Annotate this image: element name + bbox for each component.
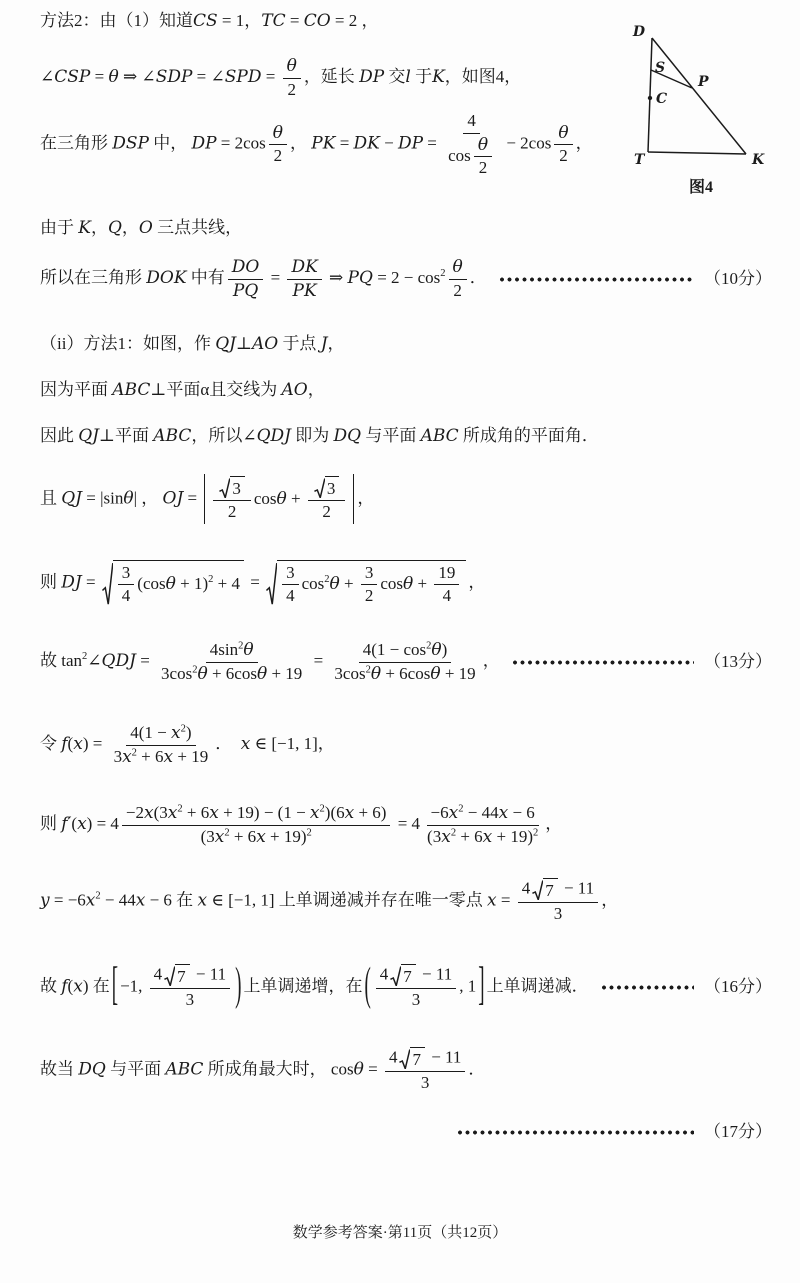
math-variable: AO — [252, 334, 278, 354]
math-text: ， — [328, 334, 345, 353]
math-variable: DOK — [146, 268, 186, 288]
radical-sign-icon — [399, 1047, 410, 1070]
math-text: ， — [91, 218, 108, 237]
absolute-value-bars: 32cosθ + 32 — [204, 474, 354, 525]
math-text: 7 — [412, 1050, 421, 1069]
math-text: 令 — [40, 734, 61, 753]
math-variable: x — [483, 827, 493, 847]
math-text: −1, — [120, 976, 147, 995]
math-text: + 19 — [173, 747, 208, 766]
math-variable: OJ — [163, 488, 184, 508]
max-angle-line: 故当 DQ 与平面 ABC 所成角最大时， cosθ = 47 − 113． — [40, 1040, 772, 1100]
math-variable: θ — [403, 573, 413, 593]
math-variable: θ — [123, 488, 133, 508]
math-text: = 4 — [393, 814, 420, 833]
math-text: 因为平面 — [40, 380, 112, 399]
fraction-denominator: 4 — [282, 585, 299, 606]
math-variable: DQ — [334, 426, 362, 446]
math-text: + 19 — [441, 664, 476, 683]
math-text: 3 — [114, 747, 123, 766]
math-variable: DP — [359, 67, 384, 87]
fraction-denominator: PK — [289, 280, 321, 301]
fraction-numerator: 3 — [213, 476, 251, 501]
sqrt-radical: 34(cosθ + 1)2 + 4 — [102, 560, 244, 607]
formula-segment: 且 QJ = |sinθ| ， OJ = 32cosθ + 32， — [40, 474, 374, 525]
math-text: ) = 4 — [87, 814, 119, 833]
math-variable: QJ — [78, 426, 99, 446]
math-text: ， — [357, 488, 374, 507]
math-text: ) 在 — [83, 976, 110, 995]
math-variable: x — [209, 803, 219, 823]
math-text: = — [266, 268, 284, 287]
math-text: 所成角的平面角． — [459, 426, 599, 445]
math-text: 2 — [559, 146, 568, 165]
label-K: K — [751, 152, 765, 168]
zero-point-line: y = −6x2 − 44x − 6 在 x ∈ [−1, 1] 上单调递减并存… — [40, 870, 772, 932]
math-text: | ， — [134, 488, 163, 507]
math-text: 7 — [545, 881, 554, 900]
math-variable: DK — [354, 134, 380, 154]
math-variable: J — [321, 334, 328, 354]
math-text: + 6 — [456, 827, 483, 846]
math-variable: QDJ — [257, 426, 291, 446]
math-text: ，延长 — [304, 67, 359, 86]
fraction: −2x(3x2 + 6x + 19) − (1 − x2)(6x + 6)(3x… — [122, 803, 391, 847]
radical-sign-icon — [164, 964, 175, 987]
fraction: θ2 — [283, 56, 301, 100]
sqrt-radical: 7 — [399, 1047, 425, 1070]
math-variable: CO — [304, 11, 331, 31]
fraction-numerator: 3 — [282, 563, 299, 585]
math-text: 中， — [149, 134, 192, 153]
radical-sign-icon — [219, 476, 230, 499]
label-P: P — [697, 74, 709, 90]
edge-TK — [648, 152, 746, 154]
fraction-numerator: DK — [287, 257, 321, 279]
radicand: 34cos2θ + 32cosθ + 194 — [277, 560, 466, 607]
edge-DT — [648, 38, 652, 152]
math-text: 3 — [122, 563, 131, 582]
math-variable: ABC — [421, 426, 459, 446]
math-text: ⊥ — [236, 334, 252, 353]
fraction-denominator: 2 — [283, 79, 300, 100]
dotted-leader — [512, 659, 694, 666]
math-text: + 4 — [213, 573, 240, 592]
label-T: T — [634, 152, 646, 168]
fraction-denominator: 2 — [270, 145, 287, 166]
math-text: 3 — [421, 1073, 430, 1092]
math-text: 3 — [327, 479, 336, 498]
method1-line: （ii）方法1：如图，作 QJ⊥AO 于点 J， — [40, 330, 772, 358]
tan-qdj-line: 故 tan2∠QDJ = 4sin2θ3cos2θ + 6cosθ + 19 =… — [40, 628, 772, 696]
fraction-denominator: 3cos2θ + 6cosθ + 19 — [330, 663, 479, 684]
sqrt-radical: 3 — [314, 476, 340, 499]
fraction-numerator: 4(1 − cos2θ) — [359, 640, 452, 662]
fraction: θ2 — [449, 257, 467, 301]
math-text: = ∠ — [192, 67, 224, 86]
big-bracket: ] — [478, 957, 484, 1017]
fraction: DKPK — [287, 257, 321, 301]
math-variable: θ — [197, 664, 207, 684]
math-variable: x — [499, 803, 509, 823]
math-text: 4sin — [210, 640, 238, 659]
math-text: − 11 — [192, 964, 226, 983]
radicand: 3 — [230, 476, 245, 499]
math-text: + 6) — [354, 803, 386, 822]
math-text: 故 — [40, 976, 61, 995]
math-text: 上单调递减． — [487, 976, 589, 995]
math-text: ⇒ ∠ — [119, 67, 156, 86]
math-text: + — [413, 573, 431, 592]
math-text: 3 — [365, 563, 374, 582]
radical-sign-icon — [266, 560, 277, 607]
fraction: θ2 — [554, 123, 572, 167]
math-text: = — [82, 572, 100, 591]
math-text: 所以在三角形 — [40, 268, 146, 287]
formula-segment: ∠CSP = θ ⇒ ∠SDP = ∠SPD = θ2，延长 DP 交l 于K，… — [40, 56, 521, 100]
math-text: 2 — [479, 158, 488, 177]
fraction-denominator: 4 — [439, 585, 456, 606]
math-text: 3 — [232, 479, 241, 498]
math-text: ⇒ — [325, 268, 348, 287]
math-text: = — [497, 890, 515, 909]
score-17-line: （17分） — [445, 1116, 772, 1148]
math-variable: x — [171, 723, 181, 743]
math-text: 则 — [40, 572, 61, 591]
math-text: cos — [254, 488, 277, 510]
fraction: 4(1 − cos2θ)3cos2θ + 6cosθ + 19 — [330, 640, 479, 684]
math-text: ∠ — [40, 67, 54, 86]
math-text: 3 — [186, 990, 195, 1009]
fraction: θ2 — [474, 135, 492, 179]
math-text: 3 — [286, 563, 295, 582]
math-variable: DO — [232, 257, 260, 277]
fraction-denominator: 2 — [555, 145, 572, 166]
math-text: ⊥平面 — [99, 426, 153, 445]
fraction-denominator: cosθ2 — [444, 134, 499, 179]
fraction-denominator: 4 — [118, 585, 135, 606]
math-variable: x — [73, 976, 83, 996]
f-derivative-line: 则 f′(x) = 4−2x(3x2 + 6x + 19) − (1 − x2)… — [40, 790, 772, 860]
math-text: ， — [483, 651, 500, 670]
math-text: − 2cos — [502, 134, 551, 153]
math-variable: x — [122, 747, 132, 767]
sqrt-radical: 3 — [219, 476, 245, 499]
math-variable: θ — [330, 573, 340, 593]
math-text: = — [261, 67, 279, 86]
math-variable: θ — [108, 67, 118, 87]
dotted-leader — [601, 984, 694, 991]
math-variable: θ — [371, 664, 381, 684]
math-text: − 6 — [508, 803, 535, 822]
math-variable: CS — [193, 11, 218, 31]
math-text: ， — [122, 218, 139, 237]
math-text: = −6 — [50, 890, 86, 909]
math-text: , 1 — [459, 976, 476, 995]
formula-segment: y = −6x2 − 44x − 6 在 x ∈ [−1, 1] 上单调递减并存… — [40, 878, 618, 925]
math-text: 中有 — [187, 268, 225, 287]
math-text: 4 — [380, 964, 389, 983]
fraction: θ2 — [269, 123, 287, 167]
math-text: ． — [215, 734, 241, 753]
math-text: 4 — [154, 964, 163, 983]
dotted-leader — [457, 1129, 694, 1136]
collinear-line: 由于 K，Q，O 三点共线， — [40, 214, 772, 242]
label-D: D — [632, 24, 646, 40]
fraction-denominator: 3 — [182, 989, 199, 1010]
math-variable: QJ — [61, 488, 82, 508]
fraction-numerator: 47 − 11 — [385, 1047, 465, 1072]
fraction-numerator: 3 — [118, 563, 135, 585]
math-text: ， — [468, 572, 485, 591]
math-variable: SDP — [156, 67, 193, 87]
answer-sheet-page: 方法2：由（1）知道CS = 1，TC = CO = 2 ， ∠CSP = θ … — [0, 0, 800, 1283]
fraction-denominator: PQ — [229, 280, 262, 301]
math-variable: x — [136, 890, 146, 910]
formula-segment: 则 f′(x) = 4−2x(3x2 + 6x + 19) − (1 − x2)… — [40, 803, 562, 847]
math-text: − 44 — [101, 890, 136, 909]
math-text: −6 — [431, 803, 449, 822]
sqrt-radical: 7 — [532, 878, 558, 901]
math-text: 7 — [177, 967, 186, 986]
math-text: (3 — [154, 803, 168, 822]
math-text: 4 — [522, 878, 531, 897]
radical-sign-icon — [314, 476, 325, 499]
math-text: 2 — [453, 281, 462, 300]
exponent: 2 — [307, 827, 312, 838]
fraction: 4(1 − x2)3x2 + 6x + 19 — [110, 723, 213, 767]
math-variable: K — [432, 67, 445, 87]
math-text: 3 — [412, 990, 421, 1009]
math-text: 在三角形 — [40, 134, 112, 153]
math-text: ，所以∠ — [191, 426, 256, 445]
math-variable: x — [197, 890, 207, 910]
math-text: ，如图4， — [445, 67, 522, 86]
math-text: = — [136, 651, 154, 670]
fraction-numerator: 47 − 11 — [518, 878, 598, 903]
math-variable: DJ — [61, 572, 81, 592]
math-text: cos — [448, 146, 471, 165]
math-text: ∠ — [87, 651, 101, 670]
math-variable: θ — [257, 664, 267, 684]
f-definition-line: 令 f(x) = 4(1 − x2)3x2 + 6x + 19． x ∈ [−1… — [40, 714, 772, 776]
fraction-numerator: θ — [283, 56, 301, 78]
fraction: 47 − 113 — [385, 1047, 465, 1094]
math-variable: SPD — [225, 67, 262, 87]
fraction-numerator: 47 − 11 — [376, 964, 456, 989]
math-text: ∈ [−1, 1] 上单调递减并存在唯一零点 — [207, 890, 487, 909]
fraction-denominator: 3 — [417, 1072, 434, 1093]
math-text: 4 — [122, 586, 131, 605]
math-text: 由于 — [40, 218, 78, 237]
fraction-numerator: 19 — [434, 563, 459, 585]
math-text: − 44 — [464, 803, 499, 822]
math-text: 交 — [384, 67, 405, 86]
radicand: 7 — [401, 964, 416, 987]
math-text: cos — [380, 573, 403, 592]
math-text: + 19) — [492, 827, 533, 846]
math-text: cos — [302, 573, 325, 592]
math-variable: DSP — [112, 134, 149, 154]
big-bracket: ) — [235, 957, 241, 1017]
math-text: 且 — [40, 488, 61, 507]
math-text: = — [286, 11, 304, 30]
plane-perp-line: 因为平面 ABC⊥平面α且交线为 AO， — [40, 376, 772, 404]
math-text: 于点 — [278, 334, 321, 353]
math-text: + — [287, 488, 305, 510]
math-text: ) — [442, 640, 448, 659]
math-variable: x — [441, 827, 451, 847]
math-text: + 6cos — [208, 664, 257, 683]
math-text: = — [335, 134, 353, 153]
math-text: 因此 — [40, 426, 78, 445]
fraction-numerator: 4 — [463, 111, 480, 133]
radicand: 3 — [325, 476, 340, 499]
score-label: （13分） — [704, 651, 772, 673]
fraction-denominator: (3x2 + 6x + 19)2 — [197, 826, 316, 847]
math-text: = 1， — [218, 11, 262, 30]
math-variable: θ — [273, 123, 283, 143]
math-variable: x — [487, 890, 497, 910]
math-text: ) = — [83, 734, 107, 753]
label-C: C — [656, 91, 667, 107]
math-variable: CSP — [54, 67, 90, 87]
fraction: 32 — [308, 476, 346, 523]
score-label: （16分） — [704, 976, 772, 998]
math-text: 即为 — [291, 426, 334, 445]
exponent: 2 — [440, 268, 445, 279]
fraction: −6x2 − 44x − 6(3x2 + 6x + 19)2 — [423, 803, 542, 847]
math-text: 故 tan — [40, 651, 82, 670]
math-variable: PK — [311, 134, 335, 154]
math-variable: θ — [354, 1059, 364, 1079]
formula-segment: 故当 DQ 与平面 ABC 所成角最大时， cosθ = 47 − 113． — [40, 1047, 485, 1094]
math-variable: x — [86, 890, 96, 910]
math-variable: DP — [398, 134, 423, 154]
math-variable: θ — [277, 488, 287, 510]
fraction: 194 — [434, 563, 459, 607]
fraction: 4sin2θ3cos2θ + 6cosθ + 19 — [157, 640, 306, 684]
math-text: 4 — [443, 586, 452, 605]
math-text: 7 — [403, 967, 412, 986]
sqrt-radical: 7 — [390, 964, 416, 987]
fraction-denominator: 2 — [318, 501, 335, 522]
math-text: 2 — [228, 502, 237, 521]
radical-sign-icon — [102, 560, 113, 607]
math-text: 与平面 — [106, 1059, 166, 1078]
math-variable: Q — [108, 218, 122, 238]
formula-segment: 因为平面 ABC⊥平面α且交线为 AO， — [40, 379, 325, 401]
fraction-numerator: 3 — [361, 563, 378, 585]
fraction-denominator: 2 — [449, 280, 466, 301]
math-variable: PQ — [348, 268, 373, 288]
math-text: = — [309, 651, 327, 670]
math-variable: TC — [261, 11, 285, 31]
fraction: 34 — [282, 563, 299, 607]
math-text: − 11 — [560, 878, 594, 897]
angle-definition-line: 因此 QJ⊥平面 ABC，所以∠QDJ 即为 DQ 与平面 ABC 所成角的平面… — [40, 422, 772, 450]
point-C-dot — [648, 96, 652, 100]
fraction: 47 − 113 — [376, 964, 456, 1011]
math-text: 2 — [274, 146, 283, 165]
fraction-numerator: θ — [554, 123, 572, 145]
fraction: 32 — [213, 476, 251, 523]
math-text: 3 — [554, 904, 563, 923]
fraction-numerator: θ — [269, 123, 287, 145]
formula-segment: （ii）方法1：如图，作 QJ⊥AO 于点 J， — [40, 333, 345, 355]
math-text: = — [183, 488, 201, 507]
formula-segment: 方法2：由（1）知道CS = 1，TC = CO = 2 ， — [40, 10, 379, 32]
formula-segment: 令 f(x) = 4(1 − x2)3x2 + 6x + 19． x ∈ [−1… — [40, 723, 335, 767]
big-bracket: ( — [364, 957, 370, 1017]
math-variable: y — [40, 890, 50, 910]
math-variable: ABC — [153, 426, 191, 446]
formula-segment: 所以在三角形 DOK 中有DOPQ = DKPK ⇒ PQ = 2 − cos2… — [40, 257, 487, 301]
math-variable: x — [73, 734, 83, 754]
math-text: 与平面 — [361, 426, 421, 445]
math-text: ， — [601, 890, 618, 909]
math-variable: AO — [282, 380, 308, 400]
math-text: −2 — [126, 803, 144, 822]
score-label: （17分） — [704, 1121, 772, 1143]
radicand: 34(cosθ + 1)2 + 4 — [113, 560, 244, 607]
math-text: (3 — [427, 827, 441, 846]
math-variable: PK — [293, 281, 317, 301]
math-variable: x — [164, 747, 174, 767]
math-text: = 2cos — [217, 134, 266, 153]
fraction: 32 — [361, 563, 378, 607]
figure-4: D S C P T K 图4 — [628, 24, 774, 199]
math-text: ∈ [−1, 1]， — [250, 734, 335, 753]
fraction-numerator: θ — [474, 135, 492, 157]
page-footer: 数学参考答案·第11页（共12页） — [0, 1224, 800, 1244]
qj-oj-line: 且 QJ = |sinθ| ， OJ = 32cosθ + 32， — [40, 460, 772, 538]
math-variable: θ — [453, 257, 463, 277]
formula-segment: 故 f(x) 在[−1, 47 − 113)上单调递增，在(47 − 113, … — [40, 964, 589, 1011]
math-text: − — [380, 134, 398, 153]
fraction-numerator: 47 − 11 — [150, 964, 230, 989]
math-text: )(6 — [325, 803, 345, 822]
math-text: ⊥平面α且交线为 — [150, 380, 281, 399]
fraction-denominator: 3cos2θ + 6cosθ + 19 — [157, 663, 306, 684]
big-bracket: [ — [112, 957, 118, 1017]
math-text: = 2 − cos — [373, 268, 440, 287]
math-text: (cos — [137, 573, 165, 592]
math-text: = — [90, 67, 108, 86]
formula-segment: 在三角形 DSP 中， DP = 2cosθ2， PK = DK − DP = … — [40, 111, 593, 178]
pq-result-line: 所以在三角形 DOK 中有DOPQ = DKPK ⇒ PQ = 2 − cos2… — [40, 250, 772, 308]
math-variable: x — [215, 827, 225, 847]
fraction-numerator: 4(1 − x2) — [126, 723, 195, 745]
math-variable: x — [345, 803, 355, 823]
math-variable: x — [241, 734, 251, 754]
math-text: − 6 在 — [145, 890, 197, 909]
math-text: 故当 — [40, 1059, 78, 1078]
math-text: 19 — [438, 563, 455, 582]
math-variable: K — [78, 218, 91, 238]
label-S: S — [655, 60, 665, 76]
math-text: ， — [308, 380, 325, 399]
math-variable: θ — [431, 640, 441, 660]
math-variable: x — [168, 803, 178, 823]
sqrt-radical: 7 — [164, 964, 190, 987]
math-text: ， — [545, 814, 562, 833]
math-text: 所成角最大时， cos — [203, 1059, 353, 1078]
math-variable: ABC — [165, 1059, 203, 1079]
radical-sign-icon — [390, 964, 401, 987]
math-text: ． — [468, 1059, 485, 1078]
math-variable: x — [256, 827, 266, 847]
